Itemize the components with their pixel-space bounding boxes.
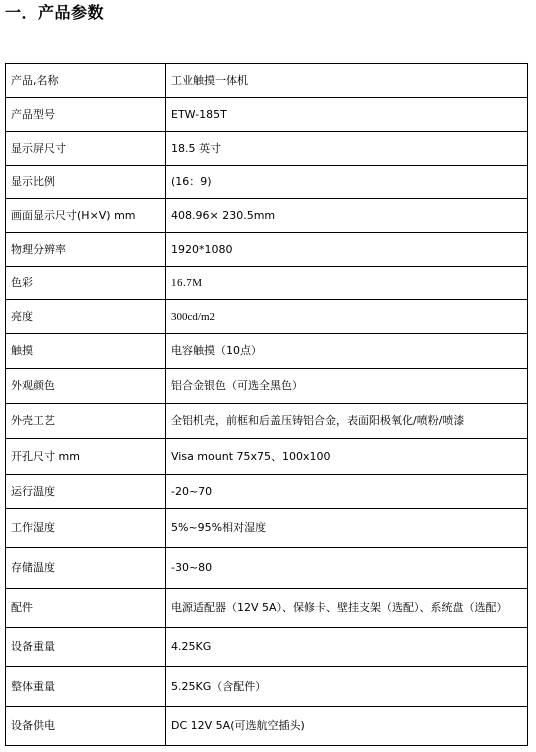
spec-label: 开孔尺寸 mm: [6, 439, 166, 475]
spec-value: ETW-185T: [166, 98, 528, 132]
product-spec-table: 产品,名称工业触摸一体机产品型号ETW-185T显示屏尺寸18.5 英寸显示比例…: [5, 63, 528, 746]
spec-label: 工作湿度: [6, 509, 166, 548]
section-title: 一．产品参数: [5, 2, 104, 24]
spec-value: (16：9): [166, 166, 528, 199]
spec-label: 色彩: [6, 267, 166, 300]
spec-value: 工业触摸一体机: [166, 64, 528, 98]
table-row: 开孔尺寸 mmVisa mount 75x75、100x100: [6, 439, 528, 475]
spec-label: 整体重量: [6, 667, 166, 707]
spec-value: 4.25KG: [166, 628, 528, 667]
table-row: 工作湿度5%~95%相对湿度: [6, 509, 528, 548]
spec-label: 配件: [6, 589, 166, 628]
table-row: 显示屏尺寸18.5 英寸: [6, 132, 528, 166]
spec-label: 亮度: [6, 300, 166, 334]
spec-label: 设备重量: [6, 628, 166, 667]
spec-value: -20~70: [166, 475, 528, 509]
table-row: 触摸电容触摸（10点）: [6, 334, 528, 369]
table-row: 设备重量4.25KG: [6, 628, 528, 667]
table-row: 产品型号ETW-185T: [6, 98, 528, 132]
spec-label: 画面显示尺寸(H×V) mm: [6, 199, 166, 233]
spec-value: 铝合金银色（可选全黑色）: [166, 369, 528, 404]
spec-label: 产品,名称: [6, 64, 166, 98]
spec-value: 300cd/m2: [166, 300, 528, 334]
table-row: 产品,名称工业触摸一体机: [6, 64, 528, 98]
spec-value: 1920*1080: [166, 233, 528, 267]
spec-value: 电容触摸（10点）: [166, 334, 528, 369]
spec-value: 电源适配器（12V 5A）、保修卡、壁挂支架（选配）、系统盘（选配）: [166, 589, 528, 628]
spec-label: 显示屏尺寸: [6, 132, 166, 166]
table-row: 色彩16.7M: [6, 267, 528, 300]
spec-label: 触摸: [6, 334, 166, 369]
table-row: 配件电源适配器（12V 5A）、保修卡、壁挂支架（选配）、系统盘（选配）: [6, 589, 528, 628]
spec-label: 外观颜色: [6, 369, 166, 404]
spec-label: 显示比例: [6, 166, 166, 199]
spec-value: 408.96× 230.5mm: [166, 199, 528, 233]
spec-label: 设备供电: [6, 707, 166, 746]
spec-value: Visa mount 75x75、100x100: [166, 439, 528, 475]
spec-value: 5.25KG（含配件）: [166, 667, 528, 707]
spec-value: DC 12V 5A(可选航空插头): [166, 707, 528, 746]
table-row: 物理分辨率1920*1080: [6, 233, 528, 267]
table-row: 外观颜色铝合金银色（可选全黑色）: [6, 369, 528, 404]
table-row: 整体重量5.25KG（含配件）: [6, 667, 528, 707]
spec-value: 全铝机壳，前框和后盖压铸铝合金，表面阳极氧化/喷粉/喷漆: [166, 404, 528, 439]
spec-label: 运行温度: [6, 475, 166, 509]
spec-value: 18.5 英寸: [166, 132, 528, 166]
table-row: 显示比例(16：9): [6, 166, 528, 199]
spec-value: 16.7M: [166, 267, 528, 300]
table-row: 运行温度-20~70: [6, 475, 528, 509]
spec-value: -30~80: [166, 548, 528, 589]
spec-label: 物理分辨率: [6, 233, 166, 267]
table-row: 外壳工艺全铝机壳，前框和后盖压铸铝合金，表面阳极氧化/喷粉/喷漆: [6, 404, 528, 439]
table-row: 设备供电DC 12V 5A(可选航空插头): [6, 707, 528, 746]
spec-label: 存储温度: [6, 548, 166, 589]
spec-label: 产品型号: [6, 98, 166, 132]
spec-value: 5%~95%相对湿度: [166, 509, 528, 548]
table-row: 存储温度-30~80: [6, 548, 528, 589]
table-row: 画面显示尺寸(H×V) mm408.96× 230.5mm: [6, 199, 528, 233]
spec-label: 外壳工艺: [6, 404, 166, 439]
spec-table-body: 产品,名称工业触摸一体机产品型号ETW-185T显示屏尺寸18.5 英寸显示比例…: [6, 64, 528, 746]
table-row: 亮度300cd/m2: [6, 300, 528, 334]
